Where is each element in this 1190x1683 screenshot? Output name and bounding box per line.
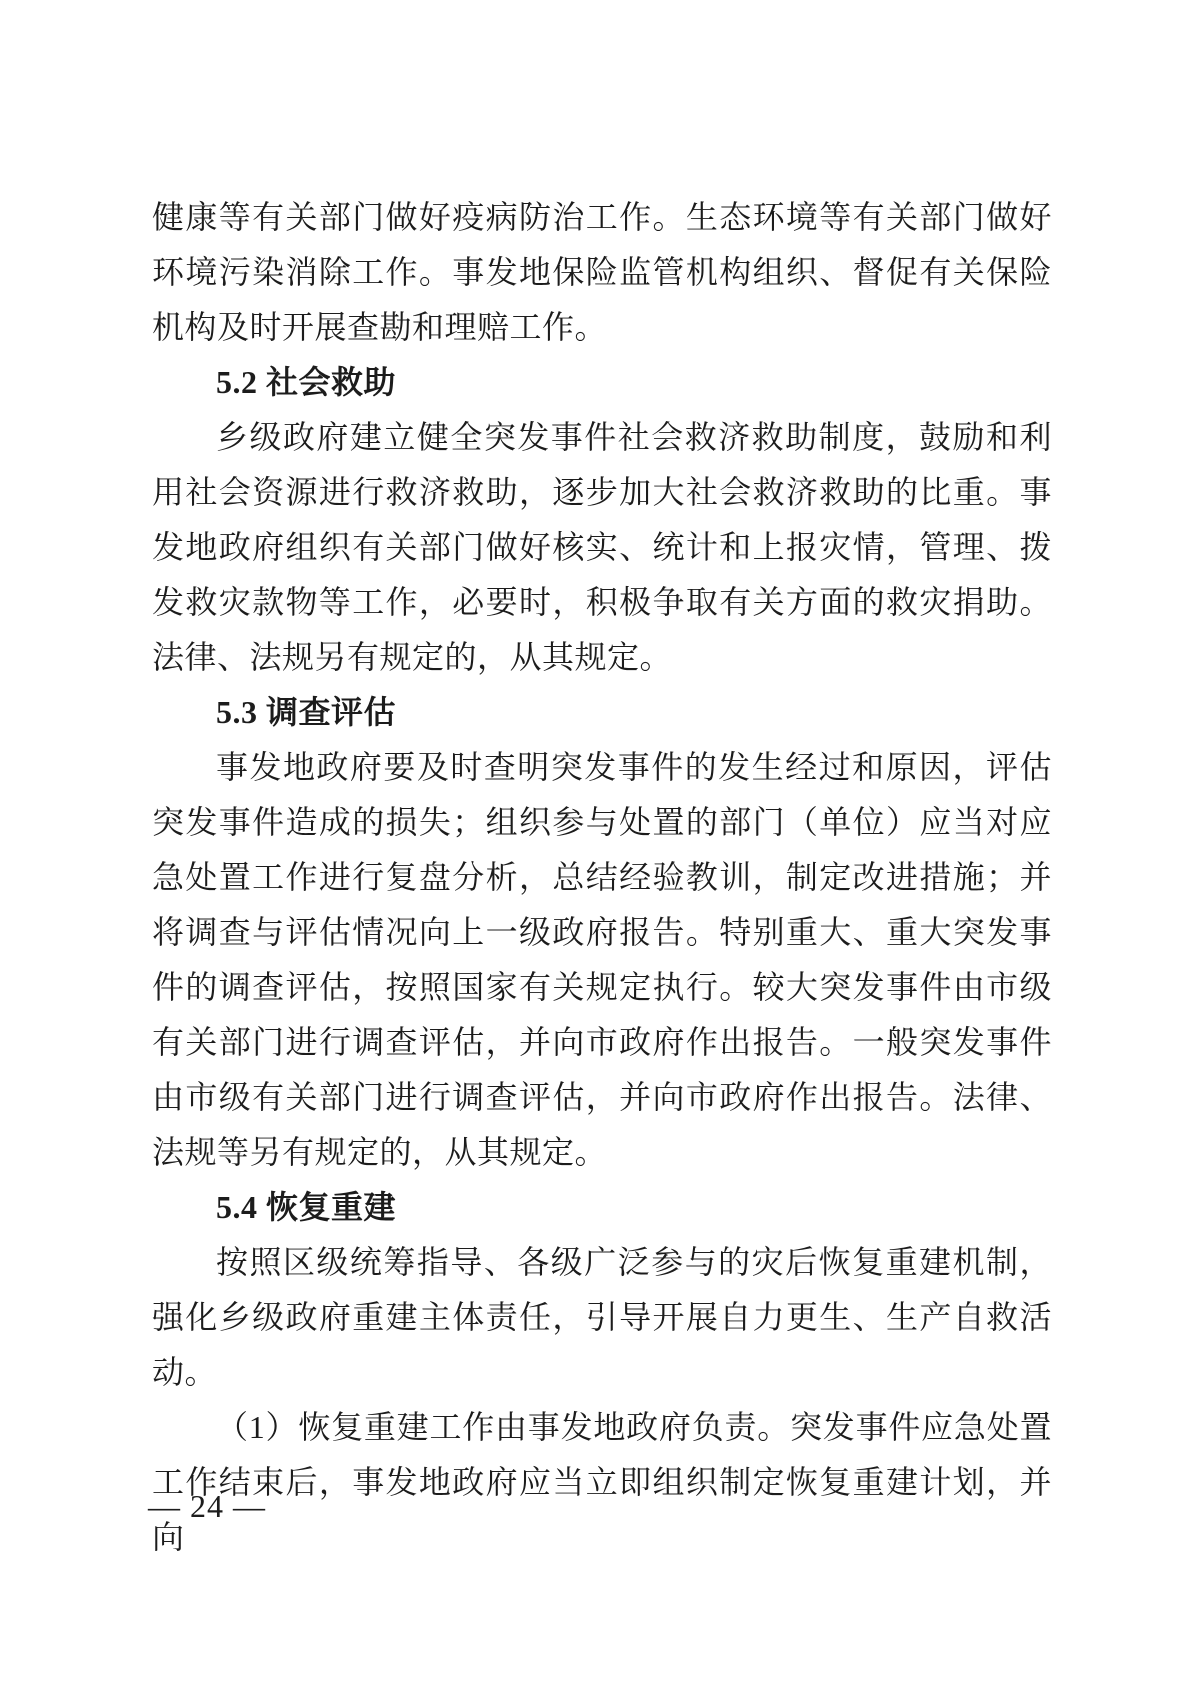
paragraph-recovery-item-1: （1）恢复重建工作由事发地政府负责。突发事件应急处置工作结束后，事发地政府应当立… <box>152 1400 1052 1565</box>
section-heading-5-3: 5.3 调查评估 <box>152 685 1052 740</box>
page-number: — 24 — <box>148 1486 266 1526</box>
paragraph-recovery-reconstruction: 按照区级统筹指导、各级广泛参与的灾后恢复重建机制，强化乡级政府重建主体责任，引导… <box>152 1235 1052 1400</box>
section-heading-5-2: 5.2 社会救助 <box>152 355 1052 410</box>
paragraph-investigation-evaluation: 事发地政府要及时查明突发事件的发生经过和原因，评估突发事件造成的损失；组织参与处… <box>152 740 1052 1180</box>
paragraph-social-assistance: 乡级政府建立健全突发事件社会救济救助制度，鼓励和利用社会资源进行救济救助，逐步加… <box>152 410 1052 685</box>
paragraph-continuation: 健康等有关部门做好疫病防治工作。生态环境等有关部门做好环境污染消除工作。事发地保… <box>152 190 1052 355</box>
section-heading-5-4: 5.4 恢复重建 <box>152 1180 1052 1235</box>
document-body: 健康等有关部门做好疫病防治工作。生态环境等有关部门做好环境污染消除工作。事发地保… <box>152 190 1052 1565</box>
document-page: 健康等有关部门做好疫病防治工作。生态环境等有关部门做好环境污染消除工作。事发地保… <box>0 0 1190 1683</box>
